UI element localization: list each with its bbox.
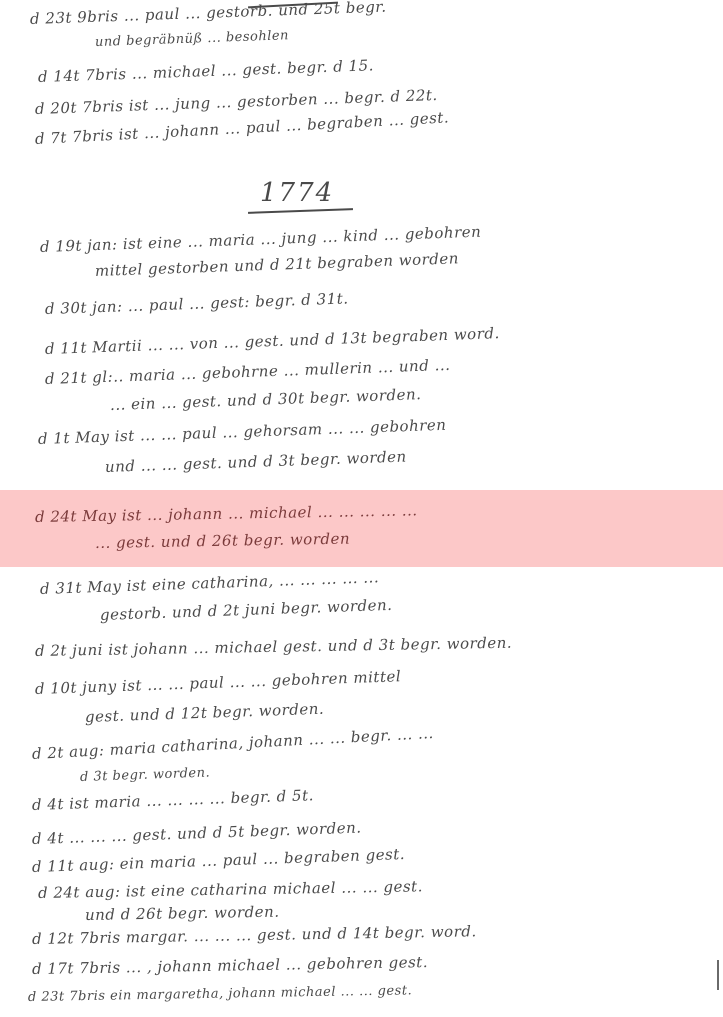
register-line: d 4t ist maria ... ... ... ... begr. d 5… (32, 786, 314, 814)
register-line: gest. und d 12t begr. worden. (85, 700, 325, 726)
register-line: d 2t juni ist johann ... michael gest. u… (35, 634, 512, 660)
year-underline (248, 208, 353, 214)
register-line: d 12t 7bris margar. ... ... ... gest. un… (32, 922, 477, 948)
register-line: d 21t gl:.. maria ... gebohrne ... mulle… (45, 356, 451, 388)
register-line: d 11t aug: ein maria ... paul ... begrab… (32, 845, 406, 876)
register-line: d 17t 7bris ... , johann michael ... geb… (32, 953, 428, 978)
register-line: d 4t ... ... ... gest. und d 5t begr. wo… (32, 819, 362, 848)
register-line: d 11t Martii ... ... von ... gest. und d… (45, 324, 500, 358)
scanned-register-page: d 23t 9bris ... paul ... gestorb. und 25… (0, 0, 723, 1017)
register-line: d 2t aug: maria catharina, johann ... ..… (32, 724, 435, 763)
register-line: und d 26t begr. worden. (85, 903, 280, 924)
register-line: d 14t 7bris ... michael ... gest. begr. … (38, 56, 374, 86)
register-line: d 1t May ist ... ... paul ... gehorsam .… (38, 416, 447, 448)
year-heading: 1774 (260, 178, 334, 208)
register-line: und begräbnüß ... besohlen (95, 28, 289, 50)
page-edge-mark (717, 960, 719, 990)
register-line: gestorb. und d 2t juni begr. worden. (100, 596, 393, 624)
register-line: d 10t juny ist ... ... paul ... ... gebo… (35, 667, 402, 698)
register-line: d 23t 9bris ... paul ... gestorb. und 25… (30, 0, 387, 28)
register-line: und ... ... gest. und d 3t begr. worden (105, 447, 407, 476)
register-line: d 23t 7bris ein margaretha, johann micha… (28, 983, 412, 1005)
register-line: mittel gestorben und d 21t begraben word… (95, 249, 459, 280)
register-line: d 30t jan: ... paul ... gest: begr. d 31… (45, 289, 349, 318)
register-line: d 24t aug: ist eine catharina michael ..… (38, 877, 423, 902)
register-line: d 31t May ist eine catharina, ... ... ..… (40, 568, 380, 598)
register-line: ... ein ... gest. und d 30t begr. worden… (110, 385, 422, 414)
register-line: d 3t begr. worden. (80, 765, 211, 785)
